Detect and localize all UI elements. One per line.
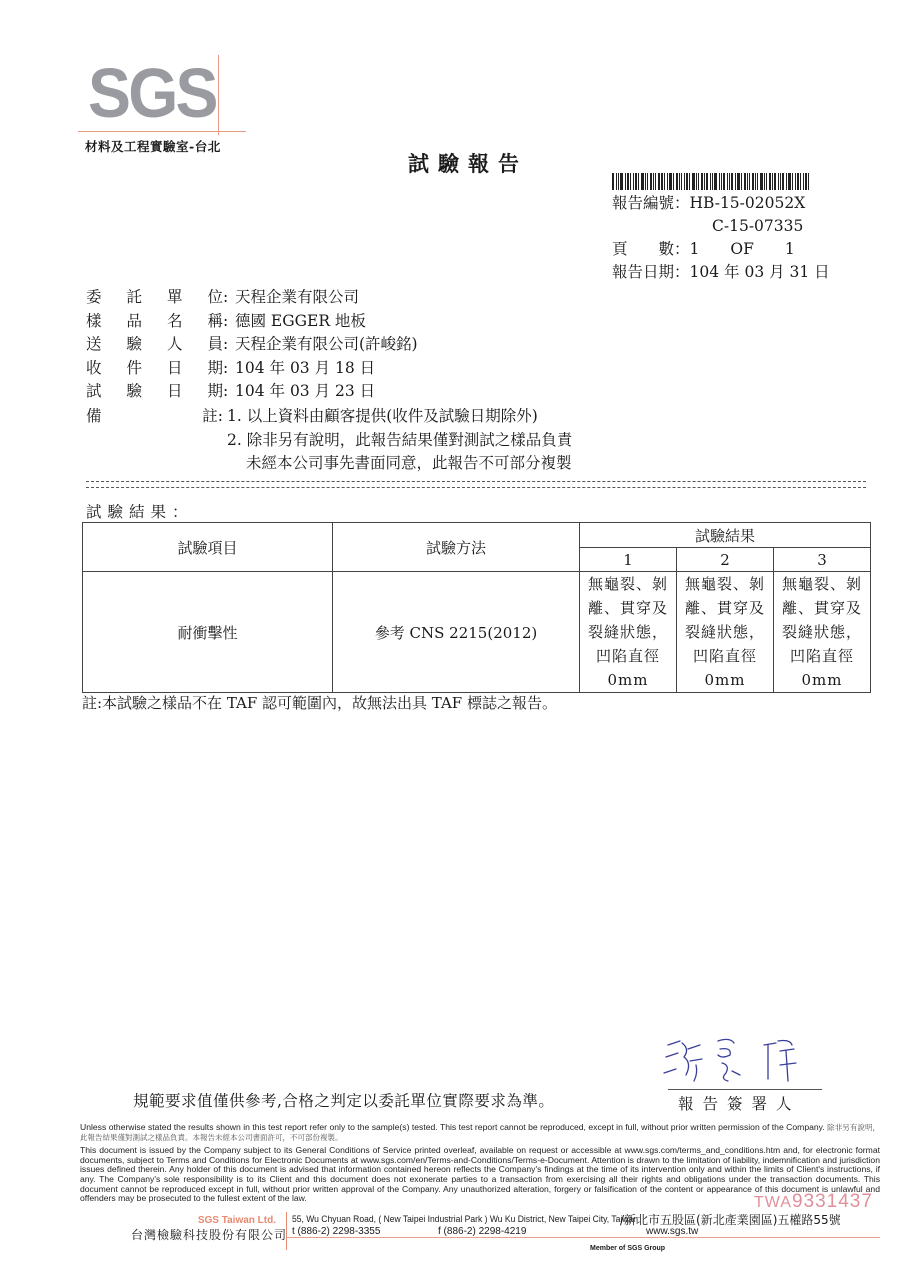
pages-label: 頁 數： xyxy=(612,240,690,258)
logo-rule-horizontal xyxy=(78,131,246,132)
document-title: 試驗報告 xyxy=(408,148,528,178)
info-row-client: 委託單位 :天程企業有限公司 xyxy=(86,286,418,310)
report-date-row: 報告日期：104 年 03 月 31 日 xyxy=(612,261,830,284)
serial-number: TWA9331437 xyxy=(754,1191,873,1213)
report-number-label: 報告編號： xyxy=(612,194,690,212)
info-label: 送驗人員 xyxy=(86,333,223,357)
section-divider xyxy=(86,481,866,488)
info-row-sample-name: 樣品名稱 :德國 EGGER 地板 xyxy=(86,310,418,334)
results-table: 試驗項目 試驗方法 試驗結果 1 2 3 耐衝擊性 參考 CNS 2215(20… xyxy=(82,522,871,693)
sample-info: 委託單位 :天程企業有限公司 樣品名稱 :德國 EGGER 地板 送驗人員 :天… xyxy=(86,286,418,404)
fax: f (886-2) 2298-4219 xyxy=(438,1226,526,1237)
telephone: t (886-2) 2298-3355 xyxy=(292,1226,380,1237)
address-en: 55, Wu Chyuan Road, ( New Taipei Industr… xyxy=(292,1214,638,1225)
results-heading: 試驗結果： xyxy=(86,500,194,522)
info-value: 德國 EGGER 地板 xyxy=(235,310,366,334)
lab-name: 材料及工程實驗室-台北 xyxy=(85,137,221,155)
footer-rule-horizontal xyxy=(286,1237,880,1238)
signature-line xyxy=(668,1089,822,1090)
info-value: 104 年 03 月 18 日 xyxy=(235,357,375,381)
info-value: 天程企業有限公司 xyxy=(235,286,359,310)
pages-value: 1 OF 1 xyxy=(690,240,795,258)
info-label: 委託單位 xyxy=(86,286,223,310)
info-row-test-date: 試驗日期 :104 年 03 月 23 日 xyxy=(86,380,418,404)
info-value: 天程企業有限公司(許峻銘) xyxy=(235,333,418,357)
remark-2: 2. 除非另有說明，此報告結果僅對測試之樣品負責 xyxy=(86,429,572,453)
report-meta: 報告編號：HB-15-02052X C-15-07335 頁 數：1 OF 1 … xyxy=(612,192,830,284)
remark-1: 1. 以上資料由顧客提供(收件及試驗日期除外) xyxy=(223,405,538,429)
header-sample-3: 3 xyxy=(774,548,871,572)
company-name-en: SGS Taiwan Ltd. xyxy=(196,1215,276,1226)
remark-3: 未經本公司事先書面同意，此報告不可部分複製 xyxy=(86,452,572,476)
logo-rule-vertical xyxy=(218,55,219,135)
report-date: 104 年 03 月 31 日 xyxy=(690,263,830,281)
cell-result-3: 無龜裂、剝離、貫穿及裂縫狀態，凹陷直徑0mm xyxy=(774,572,871,693)
sgs-logo: SGS xyxy=(88,58,216,128)
remarks: 備註:1. 以上資料由顧客提供(收件及試驗日期除外) 2. 除非另有說明，此報告… xyxy=(86,405,572,476)
info-label: 樣品名稱 xyxy=(86,310,223,334)
table-row: 耐衝擊性 參考 CNS 2215(2012) 無龜裂、剝離、貫穿及裂縫狀態，凹陷… xyxy=(83,572,871,693)
report-number-2: C-15-07335 xyxy=(612,215,830,238)
website-link[interactable]: www.sgs.tw xyxy=(646,1226,698,1237)
info-label: 試驗日期 xyxy=(86,380,223,404)
report-date-label: 報告日期： xyxy=(612,263,690,281)
header-test-method: 試驗方法 xyxy=(333,523,580,572)
cell-test-method: 參考 CNS 2215(2012) xyxy=(333,572,580,693)
barcode-icon xyxy=(612,173,824,190)
header-test-result: 試驗結果 xyxy=(580,523,871,548)
legal-paragraph-1: Unless otherwise stated the results show… xyxy=(80,1123,880,1142)
header-test-item: 試驗項目 xyxy=(83,523,333,572)
header-sample-1: 1 xyxy=(580,548,677,572)
footer-rule-vertical xyxy=(286,1212,287,1250)
company-name-zh: 台灣檢驗科技股份有限公司 xyxy=(131,1226,287,1243)
cell-result-2: 無龜裂、剝離、貫穿及裂縫狀態，凹陷直徑0mm xyxy=(677,572,774,693)
report-number-row: 報告編號：HB-15-02052X xyxy=(612,192,830,215)
handwritten-signature xyxy=(660,1035,810,1087)
member-of-sgs-group: Member of SGS Group xyxy=(590,1245,665,1252)
header-sample-2: 2 xyxy=(677,548,774,572)
report-number: HB-15-02052X xyxy=(690,194,806,212)
info-value: 104 年 03 月 23 日 xyxy=(235,380,375,404)
disclaimer: 規範要求值僅供參考,合格之判定以委託單位實際要求為準。 xyxy=(133,1089,554,1111)
signatory-label: 報告簽署人 xyxy=(678,1092,801,1114)
pages-row: 頁 數：1 OF 1 xyxy=(612,238,830,261)
info-row-received-date: 收件日期 :104 年 03 月 18 日 xyxy=(86,357,418,381)
remarks-label: 備 xyxy=(86,405,102,429)
cell-test-item: 耐衝擊性 xyxy=(83,572,333,693)
info-row-submitter: 送驗人員 :天程企業有限公司(許峻銘) xyxy=(86,333,418,357)
info-label: 收件日期 xyxy=(86,357,223,381)
cell-result-1: 無龜裂、剝離、貫穿及裂縫狀態，凹陷直徑0mm xyxy=(580,572,677,693)
taf-note: 註:本試驗之樣品不在 TAF 認可範圍內，故無法出具 TAF 標誌之報告。 xyxy=(82,692,557,713)
remarks-label-2: 註: xyxy=(202,405,223,429)
